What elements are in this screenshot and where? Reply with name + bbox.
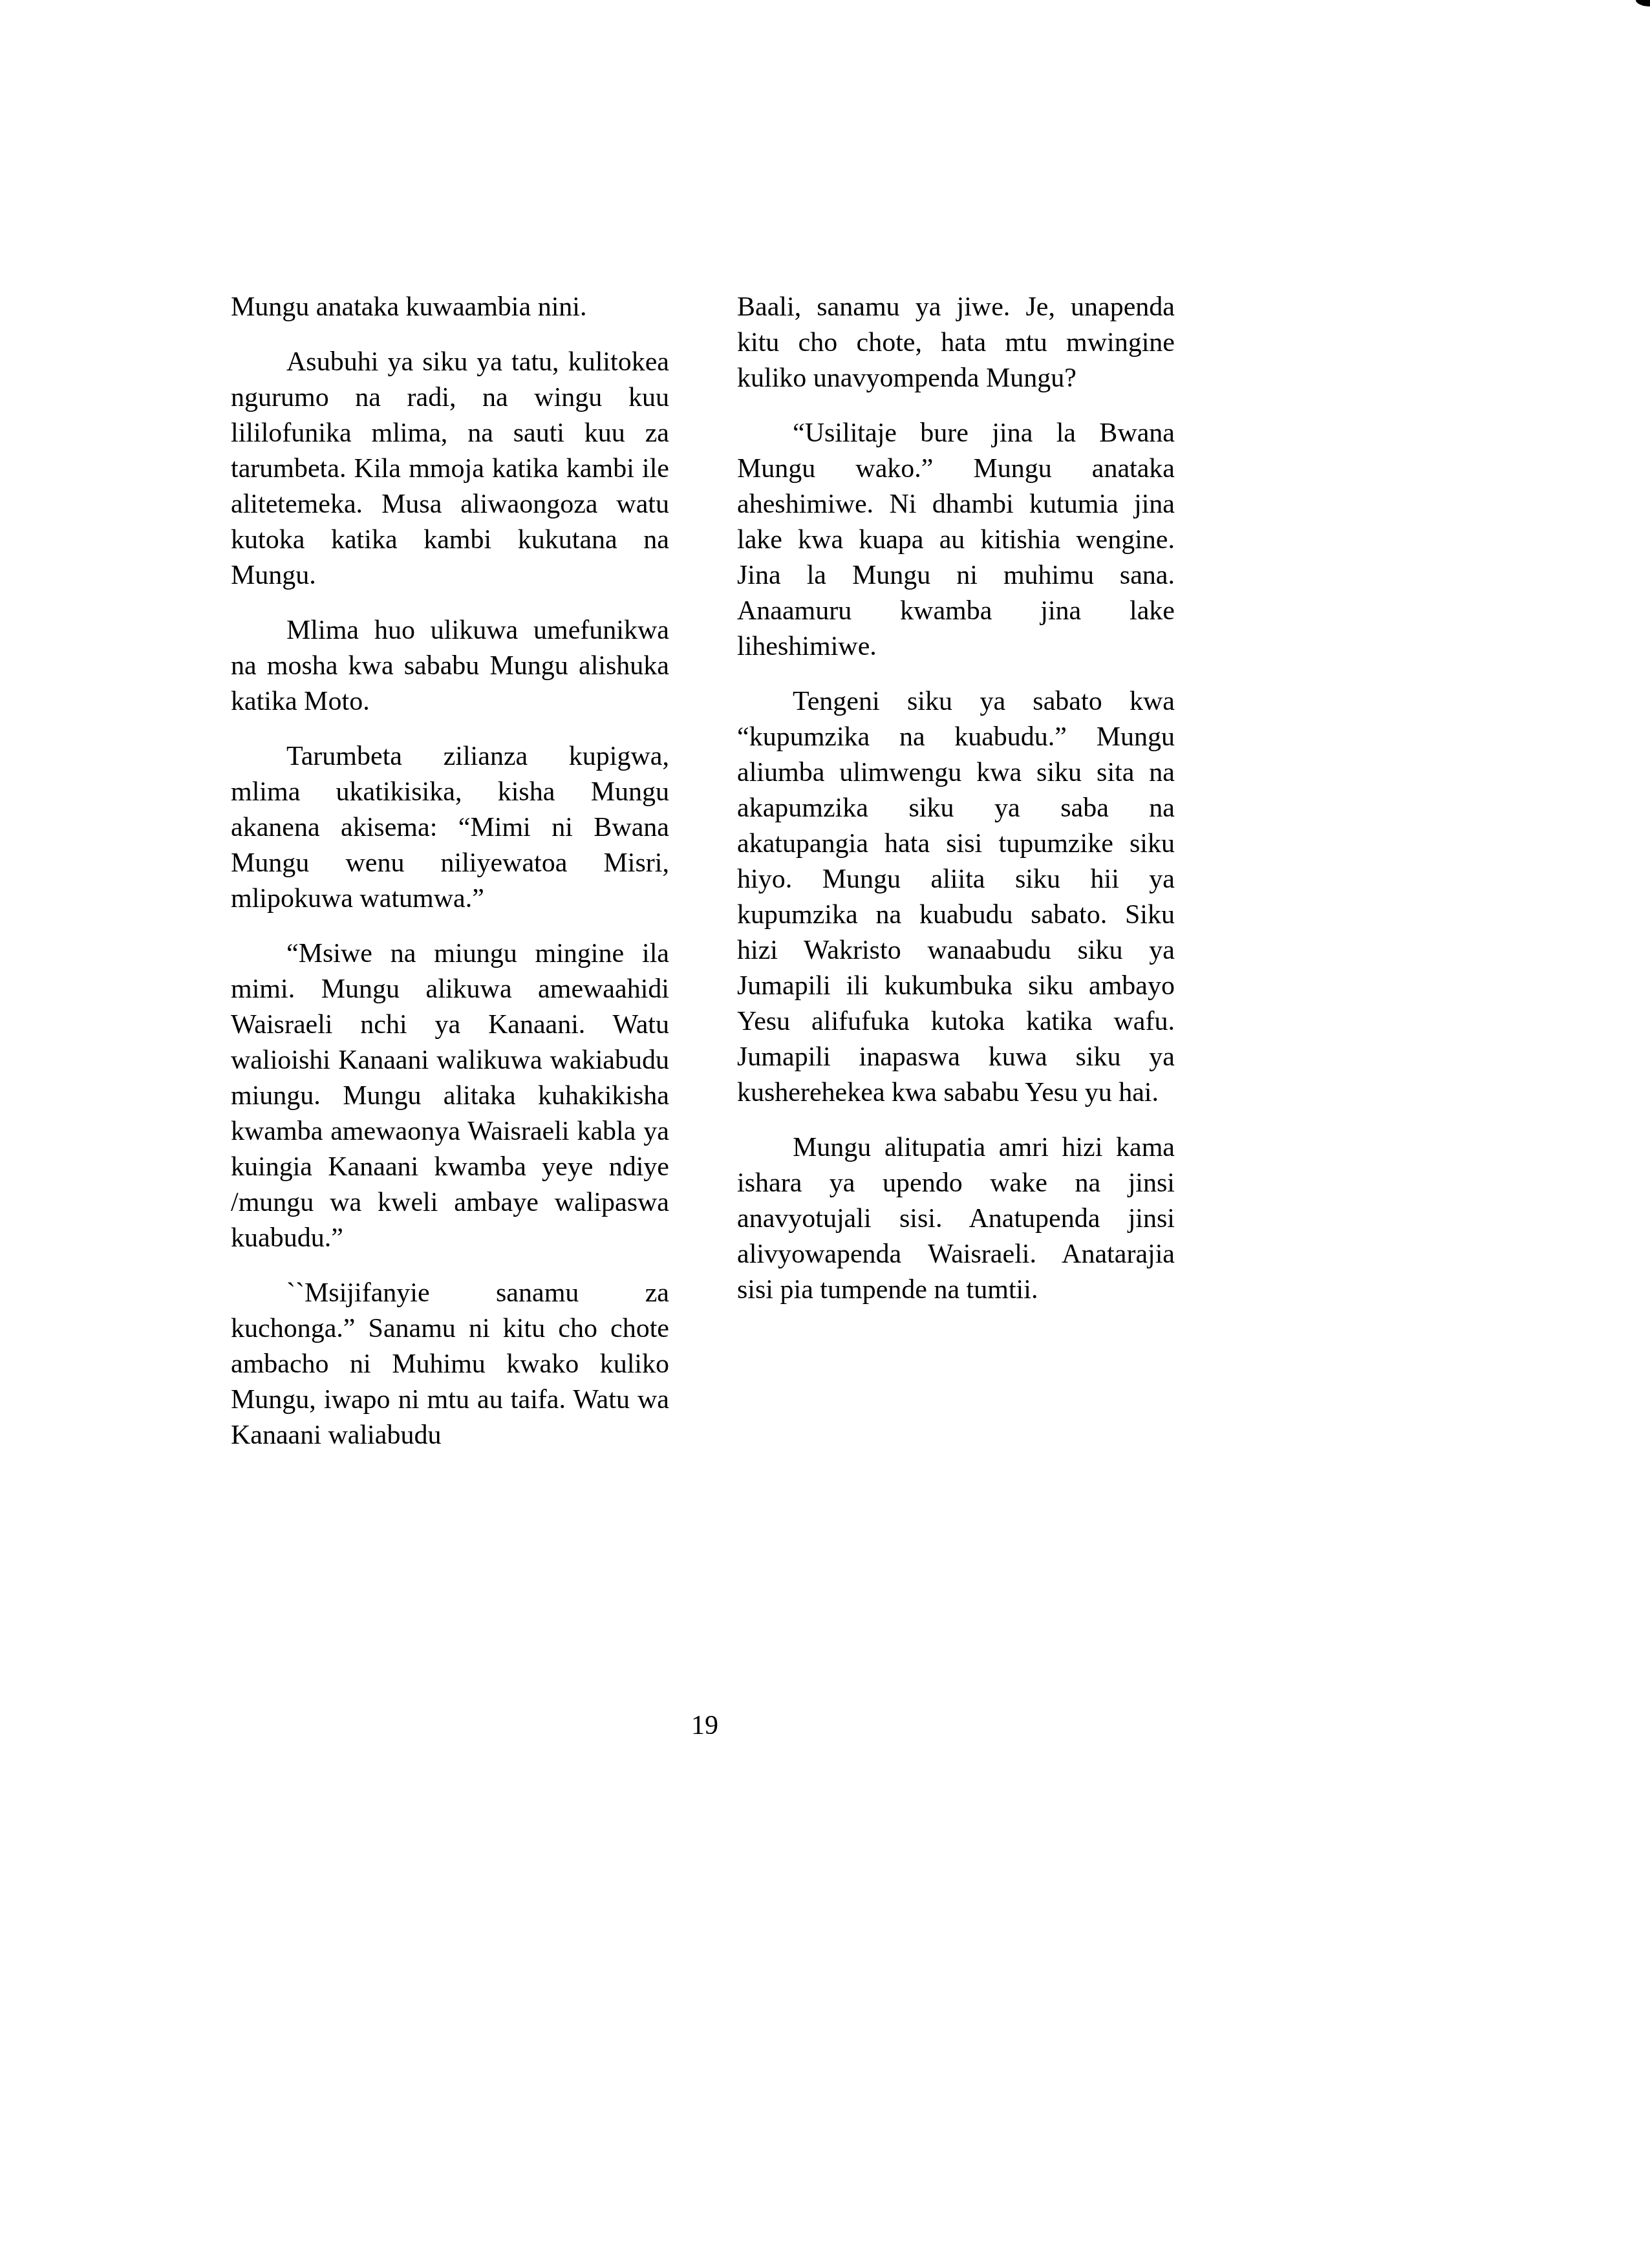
paragraph: ``Msijifanyie sanamu za kuchonga.” Sanam…	[231, 1276, 669, 1453]
scan-corner-mark	[1636, 0, 1650, 6]
paragraph: Tengeni siku ya sabato kwa “kupumzika na…	[737, 684, 1175, 1111]
left-text-column: Mungu anataka kuwaambia nini. Asubuhi ya…	[231, 290, 669, 1473]
paragraph: “Msiwe na miungu mingine ila mimi. Mungu…	[231, 936, 669, 1256]
paragraph: “Usilitaje bure jina la Bwana Mungu wako…	[737, 416, 1175, 665]
paragraph: Asubuhi ya siku ya tatu, kulitokea nguru…	[231, 345, 669, 594]
page-number: 19	[685, 1708, 724, 1744]
document-page: Mungu anataka kuwaambia nini. Asubuhi ya…	[0, 0, 1650, 2268]
right-text-column: Baali, sanamu ya jiwe. Je, unapenda kitu…	[737, 290, 1175, 1327]
paragraph: Mungu anataka kuwaambia nini.	[231, 290, 669, 325]
paragraph: Baali, sanamu ya jiwe. Je, unapenda kitu…	[737, 290, 1175, 396]
paragraph: Mlima huo ulikuwa umefunikwa na mosha kw…	[231, 613, 669, 720]
paragraph: Tarumbeta zilianza kupigwa, mlima ukatik…	[231, 739, 669, 917]
paragraph: Mungu alitupatia amri hizi kama ishara y…	[737, 1130, 1175, 1308]
